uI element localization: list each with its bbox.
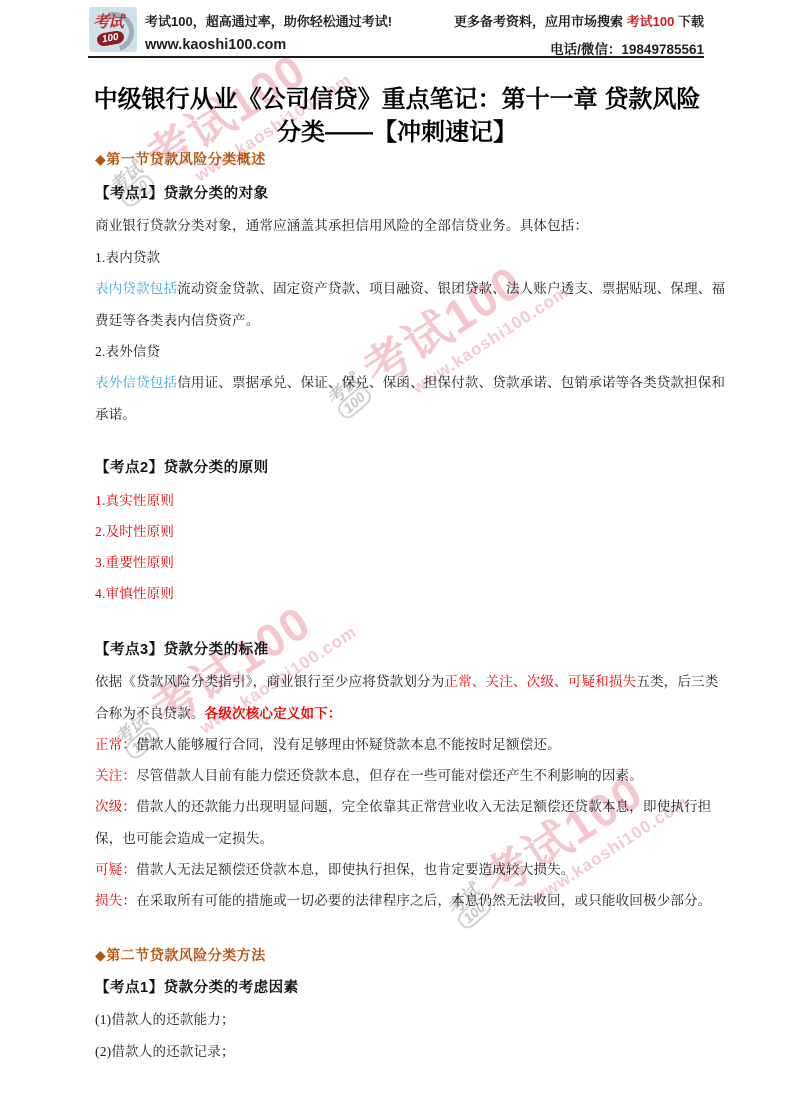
header-left: 考试100，超高通过率，助你轻松通过考试! www.kaoshi100.com bbox=[145, 11, 392, 53]
logo-brand-cn: 考试 bbox=[93, 9, 123, 32]
download-brand-text: 考试100 bbox=[627, 14, 675, 29]
standard-categories-text: 正常、关注、次级、可疑和损失 bbox=[444, 674, 636, 689]
principle-item: 4.审慎性原则 bbox=[95, 582, 174, 602]
watermark: 考试100 考试100 www.kaoshi100.com bbox=[310, 228, 573, 439]
standard-definitions-lead: 各级次核心定义如下： bbox=[205, 706, 342, 721]
standard-pre-text: 依据《贷款风险分类指引》，商业银行至少应将贷款划分为 bbox=[95, 674, 444, 689]
definition-label: 损失： bbox=[95, 893, 136, 908]
definition-text: 借款人无法足额偿还贷款本息，即使执行担保，也肯定要造成较大损失。 bbox=[136, 862, 574, 877]
inloan-line1: 表内贷款包括流动资金贷款、固定资产贷款、项目融资、银团贷款、法人账户透支、票据贴… bbox=[95, 277, 725, 297]
definition-text: 借款人能够履行合同，没有足够理由怀疑贷款本息不能按时足额偿还。 bbox=[136, 737, 561, 752]
principle-item: 2.及时性原则 bbox=[95, 520, 174, 540]
header-right: 更多备考资料，应用市场搜索 考试100 下载 电话/微信：19849785561 bbox=[454, 11, 704, 58]
kaoshi100-logo: 考试 100 bbox=[89, 7, 137, 52]
page-title-line2: 分类——【冲刺速记】 bbox=[0, 112, 794, 147]
outloan-rest-text: 信用证、票据承兑、保证、保兑、保函、担保付款、贷款承诺、包销承诺等各类贷款担保和 bbox=[177, 375, 725, 390]
list-item-inloan: 1.表内贷款 bbox=[95, 246, 160, 266]
definition-line: 保，也可能会造成一定损失。 bbox=[95, 827, 273, 847]
principle-item: 3.重要性原则 bbox=[95, 551, 174, 571]
standard-cont-text: 合称为不良贷款。 bbox=[95, 706, 205, 721]
header-download-line: 更多备考资料，应用市场搜索 考试100 下载 bbox=[454, 11, 704, 30]
outloan-line2: 承诺。 bbox=[95, 403, 136, 423]
definition-text: 借款人的还款能力出现明显问题，完全依靠其正常营业收入无法足额偿还贷款本息，即使执… bbox=[136, 799, 711, 814]
definition-line: 关注：尽管借款人目前有能力偿还贷款本息，但存在一些可能对偿还产生不利影响的因素。 bbox=[95, 764, 643, 784]
outloan-lead-text: 表外信贷包括 bbox=[95, 375, 177, 390]
definition-label: 关注： bbox=[95, 768, 136, 783]
outloan-line1: 表外信贷包括信用证、票据承兑、保证、保兑、保函、担保付款、贷款承诺、包销承诺等各… bbox=[95, 371, 725, 391]
inloan-rest-text: 流动资金贷款、固定资产贷款、项目融资、银团贷款、法人账户透支、票据贴现、保理、福 bbox=[177, 281, 725, 296]
keypoint1b-heading: 【考点1】贷款分类的考虑因素 bbox=[95, 976, 299, 997]
definition-line: 可疑：借款人无法足额偿还贷款本息，即使执行担保，也肯定要造成较大损失。 bbox=[95, 858, 575, 878]
section2-heading: ◆第二节贷款风险分类方法 bbox=[95, 945, 266, 965]
section1-heading: ◆第一节贷款风险分类概述 bbox=[95, 149, 266, 169]
header-website: www.kaoshi100.com bbox=[145, 37, 392, 53]
inloan-lead-text: 表内贷款包括 bbox=[95, 281, 177, 296]
standard-line2: 合称为不良贷款。各级次核心定义如下： bbox=[95, 702, 342, 722]
page-title-line1: 中级银行从业《公司信贷》重点笔记：第十一章 贷款风险 bbox=[0, 79, 794, 114]
definition-label: 可疑： bbox=[95, 862, 136, 877]
keypoint2-heading: 【考点2】贷款分类的原则 bbox=[95, 456, 269, 477]
download-post-text: 下载 bbox=[674, 14, 704, 29]
standard-post-text: 五类，后三类 bbox=[636, 674, 718, 689]
definition-line: 正常：借款人能够履行合同，没有足够理由怀疑贷款本息不能按时足额偿还。 bbox=[95, 733, 561, 753]
definition-label: 正常： bbox=[95, 737, 136, 752]
keypoint1-heading: 【考点1】贷款分类的对象 bbox=[95, 182, 269, 203]
header-tagline: 考试100，超高通过率，助你轻松通过考试! bbox=[145, 11, 392, 30]
download-pre-text: 更多备考资料，应用市场搜索 bbox=[454, 14, 627, 29]
definition-label: 次级： bbox=[95, 799, 136, 814]
keypoint3-heading: 【考点3】贷款分类的标准 bbox=[95, 638, 269, 659]
header-divider bbox=[88, 56, 704, 58]
principle-item: 1.真实性原则 bbox=[95, 489, 174, 509]
definition-line: 次级：借款人的还款能力出现明显问题，完全依靠其正常营业收入无法足额偿还贷款本息，… bbox=[95, 795, 712, 815]
factor-item: (1)借款人的还款能力； bbox=[95, 1008, 235, 1028]
intro-paragraph: 商业银行贷款分类对象，通常应涵盖其承担信用风险的全部信贷业务。具体包括： bbox=[95, 214, 588, 234]
definition-line: 损失：在采取所有可能的措施或一切必要的法律程序之后，本息仍然无法收回，或只能收回… bbox=[95, 889, 712, 909]
standard-line1: 依据《贷款风险分类指引》，商业银行至少应将贷款划分为正常、关注、次级、可疑和损失… bbox=[95, 670, 718, 690]
inloan-line2: 费廷等各类表内信贷资产。 bbox=[95, 309, 259, 329]
document-page: 考试100 考试100 www.kaoshi100.com 考试100 考试10… bbox=[0, 0, 794, 1098]
header-phone-line: 电话/微信：19849785561 bbox=[454, 38, 704, 58]
definition-text: 保，也可能会造成一定损失。 bbox=[95, 831, 273, 846]
factor-item: (2)借款人的还款记录； bbox=[95, 1040, 235, 1060]
definition-text: 尽管借款人目前有能力偿还贷款本息，但存在一些可能对偿还产生不利影响的因素。 bbox=[136, 768, 643, 783]
definition-text: 在采取所有可能的措施或一切必要的法律程序之后，本息仍然无法收回，或只能收回极少部… bbox=[136, 893, 711, 908]
list-item-outloan: 2.表外信贷 bbox=[95, 340, 160, 360]
